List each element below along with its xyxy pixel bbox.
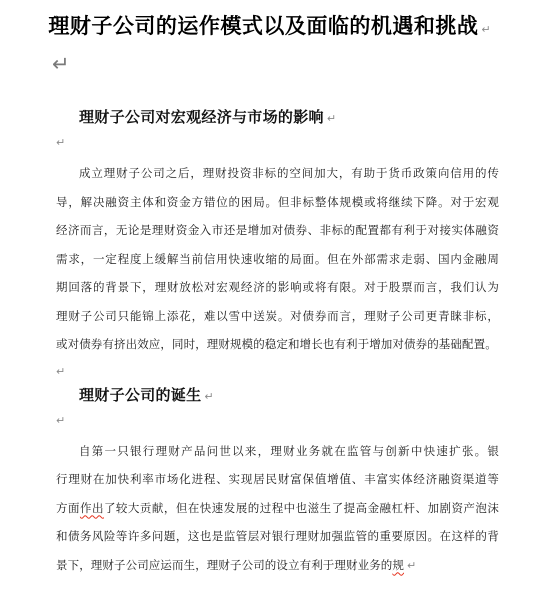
- paragraph-mark-icon: ↵: [56, 414, 65, 427]
- paragraph-line[interactable]: 理财子公司只能锦上添花，难以雪中送炭。对债券而言，理财子公司更青睐非标，: [56, 303, 499, 332]
- document-page: 理财子公司的运作模式以及面临的机遇和挑战↵ ↵ 理财子公司对宏观经济与市场的影响…: [0, 0, 539, 580]
- paragraph-text[interactable]: 景下，理财子公司应运而生，理财子公司的设立有利于理财业务的: [56, 560, 392, 572]
- paragraph-text[interactable]: 了较大贡献，但在快速发展的过程中也滋生了提高金融杠杆、加剧资产泡沫: [104, 503, 499, 515]
- paragraph-line[interactable]: 和债务风险等许多问题，这也是监管层对银行理财加强监管的重要原因。在这样的背: [56, 523, 499, 552]
- paragraph-mark-icon: ↵: [56, 136, 65, 149]
- misspelled-word[interactable]: 作出: [80, 503, 104, 515]
- section-heading-line: 理财子公司对宏观经济与市场的影响↵: [79, 105, 499, 131]
- empty-paragraph[interactable]: ↵: [56, 43, 499, 85]
- paragraph-line[interactable]: 导，解决融资主体和资金方错位的困局。但非标整体规模或将继续下降。对于宏观: [56, 189, 499, 218]
- paragraph-mark-icon: ↵: [407, 559, 416, 572]
- paragraph-line[interactable]: 或对债券有挤出效应，同时，理财规模的稳定和增长也有利于增加对债券的基础配置。↵: [56, 331, 499, 360]
- paragraph-text[interactable]: 方面: [56, 503, 80, 515]
- paragraph-mark-icon: ↵: [52, 52, 70, 76]
- paragraph-line[interactable]: 经济而言，无论是理财资金入市还是增加对债券、非标的配置都有利于对接实体融资: [56, 217, 499, 246]
- paragraph-mark-icon: ↵: [481, 23, 490, 36]
- empty-paragraph[interactable]: ↵: [56, 409, 499, 432]
- paragraph-line[interactable]: 成立理财子公司之后，理财投资非标的空间加大，有助于货币政策向信用的传: [56, 160, 499, 189]
- empty-paragraph[interactable]: ↵: [56, 131, 499, 154]
- paragraph-mark-icon: ↵: [56, 365, 65, 378]
- section-heading-line: 理财子公司的诞生↵: [79, 383, 499, 409]
- paragraph-line[interactable]: 景下，理财子公司应运而生，理财子公司的设立有利于理财业务的规↵: [56, 552, 499, 581]
- paragraph-line[interactable]: 需求，一定程度上缓解当前信用快速收缩的局面。但在外部需求走弱、国内金融周: [56, 246, 499, 275]
- paragraph-line[interactable]: 行理财在加快利率市场化进程、实现居民财富保值增值、丰富实体经济融资渠道等: [56, 466, 499, 495]
- title-line: 理财子公司的运作模式以及面临的机遇和挑战↵: [48, 13, 491, 43]
- document-title[interactable]: 理财子公司的运作模式以及面临的机遇和挑战: [48, 15, 478, 38]
- paragraph-mark-icon: ↵: [204, 390, 213, 403]
- paragraph-text[interactable]: 或对债券有挤出效应，同时，理财规模的稳定和增长也有利于增加对债券的基础配置。: [56, 339, 497, 351]
- paragraph-line[interactable]: 期回落的背景下，理财放松对宏观经济的影响或将有限。对于股票而言，我们认为: [56, 274, 499, 303]
- section-heading-macro-impact[interactable]: 理财子公司对宏观经济与市场的影响: [79, 109, 324, 126]
- misspelled-word[interactable]: 规: [392, 560, 404, 572]
- paragraph-macro-impact[interactable]: 成立理财子公司之后，理财投资非标的空间加大，有助于货币政策向信用的传 导，解决融…: [56, 160, 499, 360]
- paragraph-birth[interactable]: 自第一只银行理财产品问世以来，理财业务就在监管与创新中快速扩张。银 行理财在加快…: [56, 438, 499, 581]
- paragraph-mark-icon: ↵: [327, 112, 336, 125]
- empty-paragraph[interactable]: ↵: [56, 360, 499, 383]
- paragraph-line[interactable]: 自第一只银行理财产品问世以来，理财业务就在监管与创新中快速扩张。银: [56, 438, 499, 467]
- paragraph-line[interactable]: 方面作出了较大贡献，但在快速发展的过程中也滋生了提高金融杠杆、加剧资产泡沫: [56, 495, 499, 524]
- section-heading-birth[interactable]: 理财子公司的诞生: [79, 387, 201, 404]
